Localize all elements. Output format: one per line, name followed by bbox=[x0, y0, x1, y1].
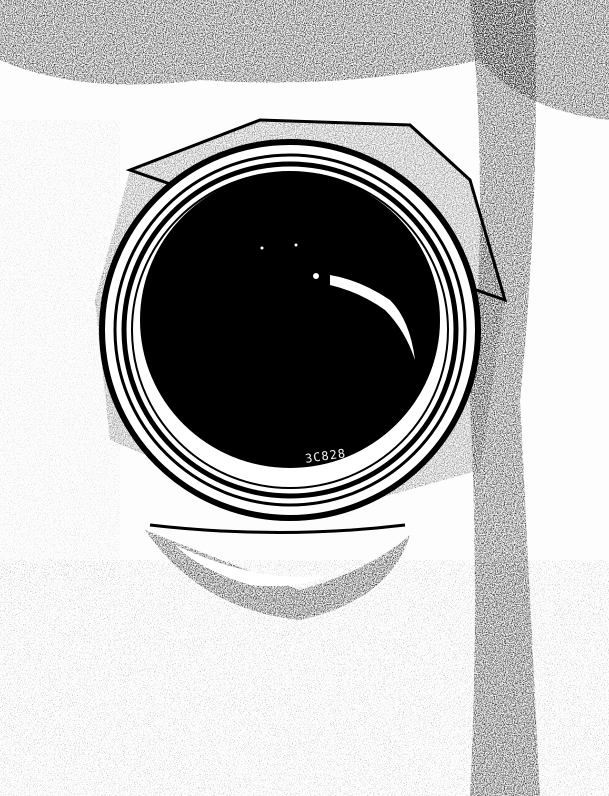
fitting-photo: 3C828 bbox=[0, 0, 609, 796]
fitting-illustration bbox=[0, 0, 609, 796]
